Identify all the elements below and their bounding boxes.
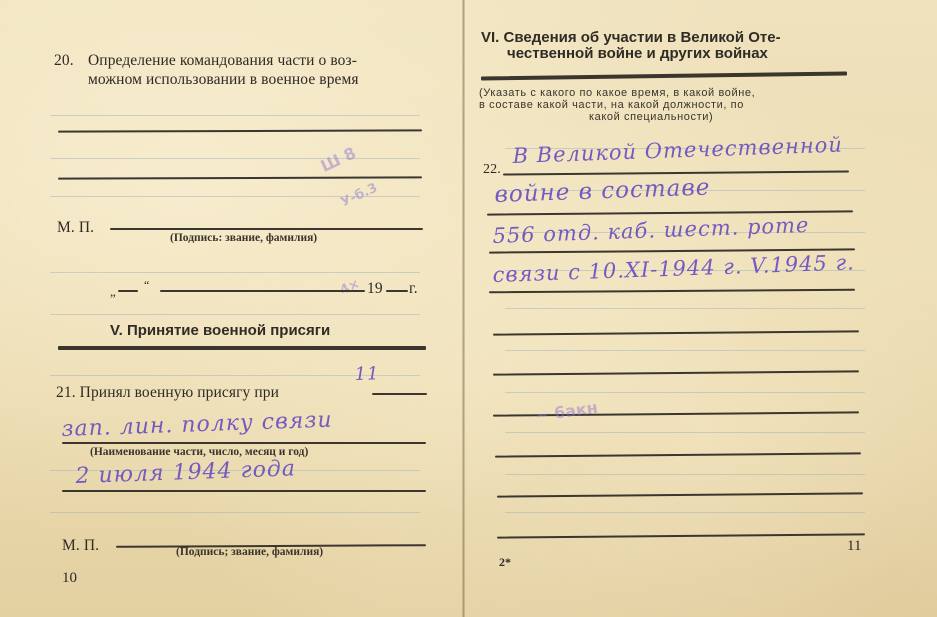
signature-line <box>110 228 423 230</box>
faded-stamp: 4× <box>338 276 362 298</box>
ruled-line <box>505 308 865 309</box>
document-spread: 20. Определение командования части о воз… <box>0 0 937 617</box>
date-line <box>62 490 426 492</box>
section-divider <box>58 346 426 350</box>
ruled-line <box>50 272 420 273</box>
mp-label-2: М. П. <box>62 536 99 555</box>
item20-line1: Определение командования части о воз- <box>88 51 357 70</box>
handwritten-war-line4: связи с 10.XI-1944 г. V.1945 г. <box>492 250 855 287</box>
answer-line <box>493 330 859 335</box>
faded-stamp: ~ 6акн <box>534 398 599 426</box>
date-quote-open: „ <box>110 282 116 301</box>
section6-title-line1: VI. Сведения об участии в Великой Оте- <box>481 29 781 46</box>
handwritten-unit: зап. лин. полку связи <box>61 408 333 442</box>
ruled-line <box>50 314 420 315</box>
day-line <box>118 290 138 292</box>
unit-line <box>62 442 426 444</box>
right-page: VI. Сведения об участии в Великой Оте- ч… <box>465 0 937 617</box>
ruled-line <box>50 158 420 159</box>
answer-line <box>497 492 863 497</box>
answer-line <box>493 370 859 375</box>
ruled-line <box>505 474 865 475</box>
ruled-line <box>50 512 420 513</box>
page-number-right: 11 <box>847 538 861 555</box>
margin-mark: 11 <box>354 363 380 385</box>
signature-hint: (Подпись: звание, фамилия) <box>170 232 317 244</box>
year-line <box>386 290 408 292</box>
year-suffix: г. <box>409 279 418 298</box>
page-number-left: 10 <box>62 570 77 587</box>
ruled-line <box>505 512 865 513</box>
item21-line <box>372 393 427 395</box>
handwritten-war-line3: 556 отд. каб. шест. роте <box>492 213 810 248</box>
item20-line2: можном использовании в военное время <box>88 70 359 89</box>
section6-title-line2: чественной войне и других войнах <box>507 45 768 62</box>
item21-label: 21. Принял военную присягу при <box>56 383 279 402</box>
section-divider <box>481 71 847 80</box>
handwritten-war-line1: В Великой Отечественной <box>512 132 843 168</box>
ruled-line <box>505 392 865 393</box>
item22-number: 22. <box>483 160 501 179</box>
date-quote-close: “ <box>144 276 149 295</box>
answer-line <box>58 176 422 179</box>
faded-stamp: У-б.3 <box>339 181 380 211</box>
section5-title: V. Принятие военной присяги <box>110 322 330 339</box>
answer-line <box>495 452 861 457</box>
answer-line <box>497 533 865 538</box>
signature-mark: 2* <box>499 555 511 570</box>
instructions-line3: какой специальности) <box>589 111 713 124</box>
mp-label: М. П. <box>57 218 94 237</box>
month-line <box>160 290 365 292</box>
ruled-line <box>505 432 865 433</box>
handwritten-date: 2 июля 1944 года <box>75 456 296 489</box>
faded-stamp: Ш 8 <box>318 143 359 176</box>
left-page: 20. Определение командования части о воз… <box>0 0 465 617</box>
ruled-line <box>505 350 865 351</box>
handwritten-war-line2: войне в составе <box>494 174 711 208</box>
item20-number: 20. <box>54 51 74 70</box>
signature-hint-2: (Подпись; звание, фамилия) <box>176 546 323 558</box>
answer-line <box>489 289 855 294</box>
year-prefix: 19 <box>367 279 383 298</box>
answer-line <box>58 129 422 132</box>
ruled-line <box>50 115 420 116</box>
